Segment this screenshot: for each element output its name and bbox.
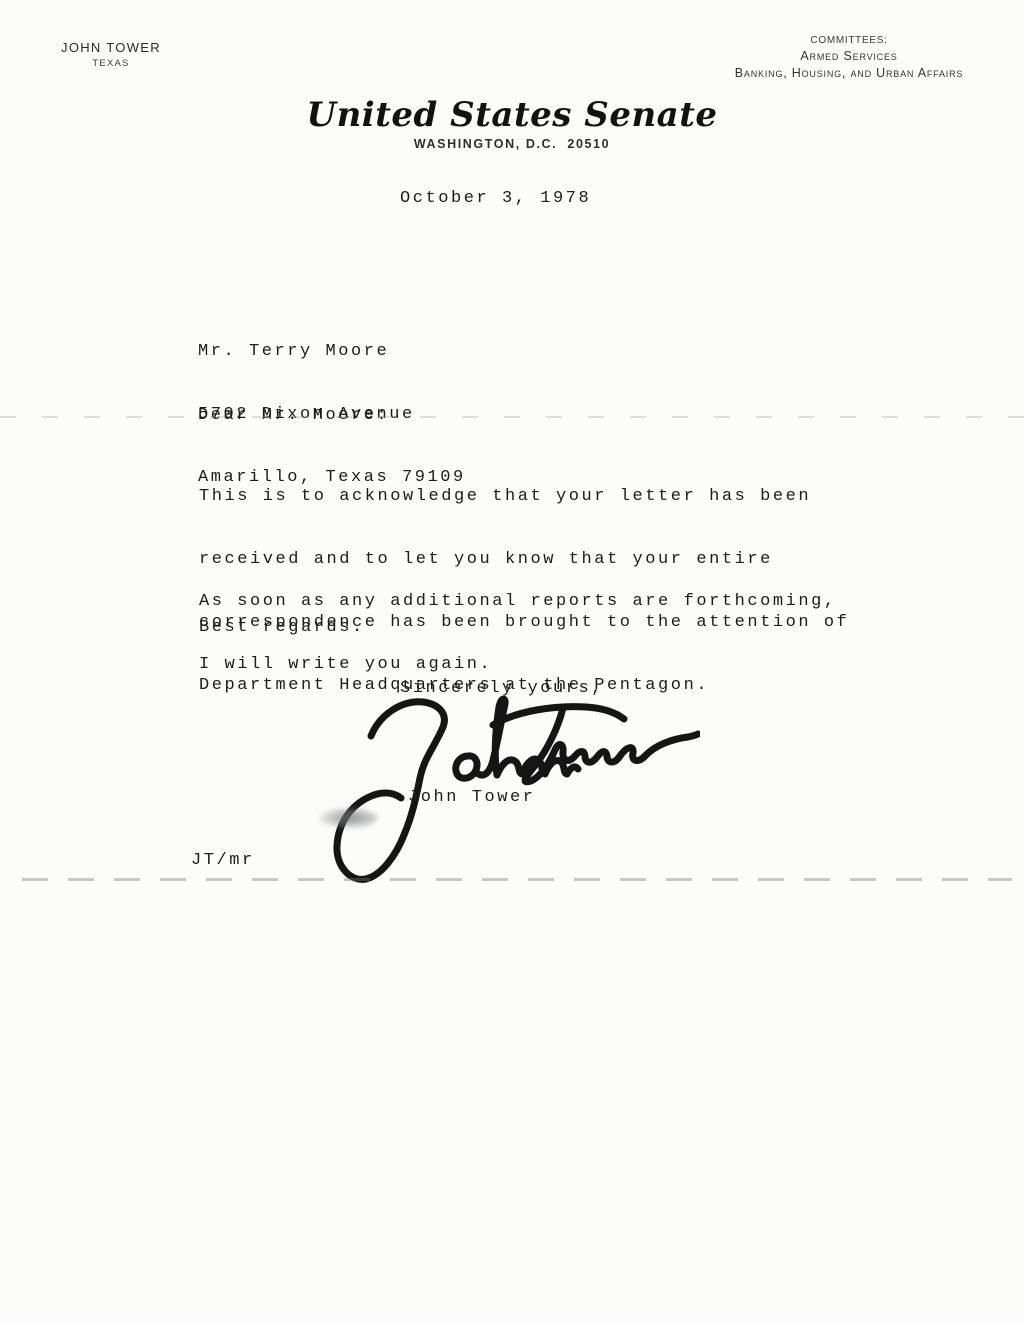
scanned-letter-page: JOHN TOWER TEXAS COMMITTEES: Armed Servi… (0, 0, 1024, 1322)
committee-item-banking-housing: Banking, Housing, and Urban Affairs (716, 67, 982, 80)
body-paragraph-3: Best regards. (199, 617, 365, 638)
sender-state: TEXAS (55, 58, 167, 69)
reference-initials: JT/mr (191, 850, 255, 871)
senate-masthead: United States Senate (0, 95, 1024, 135)
committee-item-armed-services: Armed Services (716, 50, 982, 63)
scan-artifact-line-top (0, 416, 1024, 418)
scan-artifact-line-bottom (22, 878, 1012, 881)
city-line: WASHINGTON, D.C. 20510 (0, 137, 1024, 151)
body-line: This is to acknowledge that your letter … (199, 486, 849, 507)
typed-name: John Tower (408, 787, 536, 808)
sender-name: JOHN TOWER (55, 40, 167, 55)
sender-block: JOHN TOWER TEXAS (55, 40, 167, 69)
committees-heading: COMMITTEES: (716, 35, 982, 46)
committees-block: COMMITTEES: Armed Services Banking, Hous… (716, 35, 982, 80)
body-line: As soon as any additional reports are fo… (199, 591, 837, 612)
date-line: October 3, 1978 (400, 188, 591, 209)
body-line: I will write you again. (199, 654, 837, 675)
recipient-line-name: Mr. Terry Moore (198, 341, 466, 362)
ink-smudge (318, 807, 378, 829)
